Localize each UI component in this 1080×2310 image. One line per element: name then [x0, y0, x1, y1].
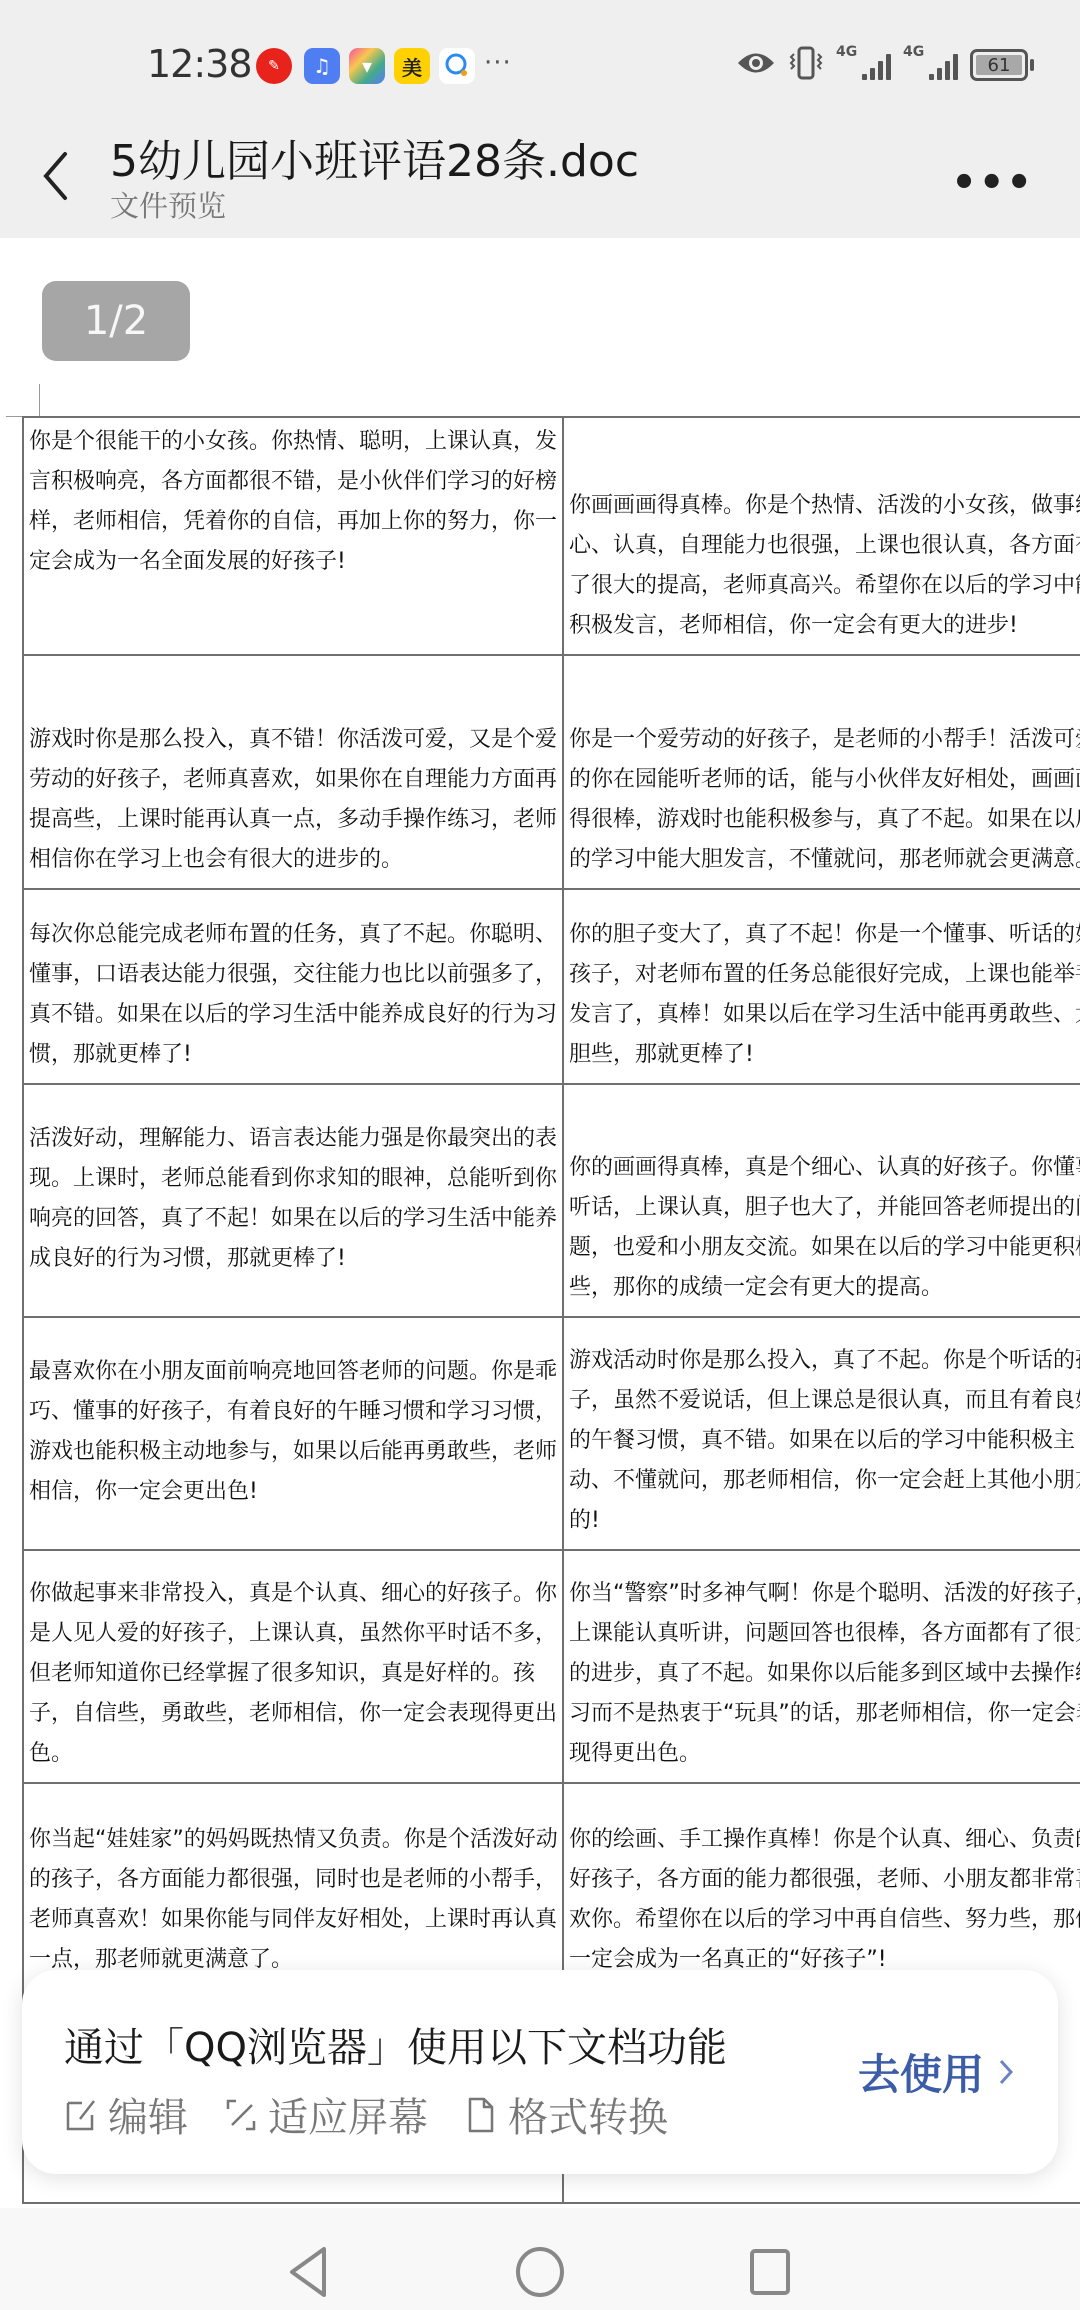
promo-title: 通过「QQ浏览器」使用以下文档功能: [64, 2016, 727, 2073]
table-cell: 你做起事来非常投入，真是个认真、细心的好孩子。你是人见人爱的好孩子，上课认真，虽…: [23, 1550, 563, 1783]
qq-browser-promo-banner[interactable]: 通过「QQ浏览器」使用以下文档功能 编辑 适应屏幕 格式转换 去使用: [22, 1970, 1058, 2174]
feature-label: 适应屏幕: [268, 2086, 428, 2143]
xuexi-app-icon: ✎: [256, 48, 292, 84]
app-header: 5幼儿园小班评语28条.doc 文件预览 •••: [0, 120, 1080, 238]
more-notifications-icon: ···: [484, 48, 512, 78]
promo-features: 编辑 适应屏幕 格式转换: [64, 2086, 668, 2143]
vibrate-icon: [788, 46, 824, 84]
feature-label: 编辑: [108, 2086, 188, 2143]
document-preview[interactable]: 1/2 你是个很能干的小女孩。你热情、聪明，上课认真，发言积极响亮，各方面都很不…: [0, 238, 1080, 2208]
table-cell: 最喜欢你在小朋友面前响亮地回答老师的问题。你是乖巧、懂事的好孩子，有着良好的午睡…: [23, 1317, 563, 1550]
document-title: 5幼儿园小班评语28条.doc: [110, 125, 639, 189]
table-cell: 你是个很能干的小女孩。你热情、聪明，上课认真，发言积极响亮，各方面都很不错，是小…: [23, 417, 563, 655]
circle-home-icon: [514, 2245, 566, 2299]
table-row: 活泼好动，理解能力、语言表达能力强是你最突出的表现。上课时，老师总能看到你求知的…: [23, 1084, 1080, 1317]
battery-icon: 61: [970, 49, 1028, 81]
table-row: 游戏时你是那么投入，真不错！你活泼可爱，又是个爱劳动的好孩子，老师真喜欢，如果你…: [23, 655, 1080, 889]
chevron-right-icon: [998, 2057, 1014, 2087]
signal-strength-icon-2: 4G: [903, 50, 958, 80]
table-cell: 你的画画得真棒，真是个细心、认真的好孩子。你懂事听话，上课认真，胆子也大了，并能…: [563, 1084, 1080, 1317]
chevron-left-icon: [41, 150, 69, 202]
table-cell: 你当“警察”时多神气啊！你是个聪明、活泼的好孩子，上课能认真听讲，问题回答也很棒…: [563, 1550, 1080, 1783]
table-cell: 每次你总能完成老师布置的任务，真了不起。你聪明、懂事，口语表达能力很强，交往能力…: [23, 889, 563, 1084]
triangle-back-icon: [286, 2245, 330, 2299]
nav-home-button[interactable]: [510, 2242, 570, 2302]
table-cell: 游戏活动时你是那么投入，真了不起。你是个听话的孩子，虽然不爱说话，但上课总是很认…: [563, 1317, 1080, 1550]
table-cell: 你的胆子变大了，真了不起！你是一个懂事、听话的好孩子，对老师布置的任务总能很好完…: [563, 889, 1080, 1084]
table-row: 最喜欢你在小朋友面前响亮地回答老师的问题。你是乖巧、懂事的好孩子，有着良好的午睡…: [23, 1317, 1080, 1550]
fit-screen-icon: [224, 2095, 258, 2135]
file-convert-icon: [464, 2095, 498, 2135]
status-bar: 12:38 ✎ ♫ ▾ 美 ··· 4G 4G 61: [0, 0, 1080, 120]
eye-comfort-icon: [736, 48, 776, 82]
page-corner-mark: [39, 384, 40, 418]
nav-back-button[interactable]: [278, 2242, 338, 2302]
table-cell: 你画画画得真棒。你是个热情、活泼的小女孩，做事细心、认真，自理能力也很强，上课也…: [563, 417, 1080, 655]
feature-fit-screen[interactable]: 适应屏幕: [224, 2086, 428, 2143]
page-indicator: 1/2: [42, 281, 190, 361]
go-use-label: 去使用: [858, 2042, 984, 2102]
square-recents-icon: [748, 2247, 792, 2297]
table-cell: 活泼好动，理解能力、语言表达能力强是你最突出的表现。上课时，老师总能看到你求知的…: [23, 1084, 563, 1317]
meituan-app-icon: 美: [394, 48, 430, 84]
nav-recents-button[interactable]: [740, 2242, 800, 2302]
signal-strength-icon-1: 4G: [836, 50, 891, 80]
more-options-button[interactable]: •••: [951, 160, 1034, 206]
feature-edit[interactable]: 编辑: [64, 2086, 188, 2143]
table-row: 你做起事来非常投入，真是个认真、细心的好孩子。你是人见人爱的好孩子，上课认真，虽…: [23, 1550, 1080, 1783]
table-cell: 游戏时你是那么投入，真不错！你活泼可爱，又是个爱劳动的好孩子，老师真喜欢，如果你…: [23, 655, 563, 889]
more-dots-icon: •••: [951, 160, 1034, 206]
feature-label: 格式转换: [508, 2086, 668, 2143]
clock: 12:38: [147, 42, 252, 86]
feature-file-convert[interactable]: 格式转换: [464, 2086, 668, 2143]
table-cell: 你是一个爱劳动的好孩子，是老师的小帮手！活泼可爱的你在园能听老师的话，能与小伙伴…: [563, 655, 1080, 889]
battery-level: 61: [976, 55, 1022, 75]
back-button[interactable]: [30, 146, 80, 206]
system-navigation-bar: [0, 2208, 1080, 2310]
music-app-icon: ♫: [304, 48, 340, 84]
document-subtitle: 文件预览: [110, 184, 226, 225]
table-row: 每次你总能完成老师布置的任务，真了不起。你聪明、懂事，口语表达能力很强，交往能力…: [23, 889, 1080, 1084]
chat-app-icon: [439, 48, 475, 84]
table-row: 你是个很能干的小女孩。你热情、聪明，上课认真，发言积极响亮，各方面都很不错，是小…: [23, 417, 1080, 655]
comments-table: 你是个很能干的小女孩。你热情、聪明，上课认真，发言积极响亮，各方面都很不错，是小…: [22, 416, 1080, 2204]
paint-app-icon: ▾: [349, 48, 385, 84]
edit-icon: [64, 2095, 98, 2135]
go-use-button[interactable]: 去使用: [858, 2042, 1014, 2102]
